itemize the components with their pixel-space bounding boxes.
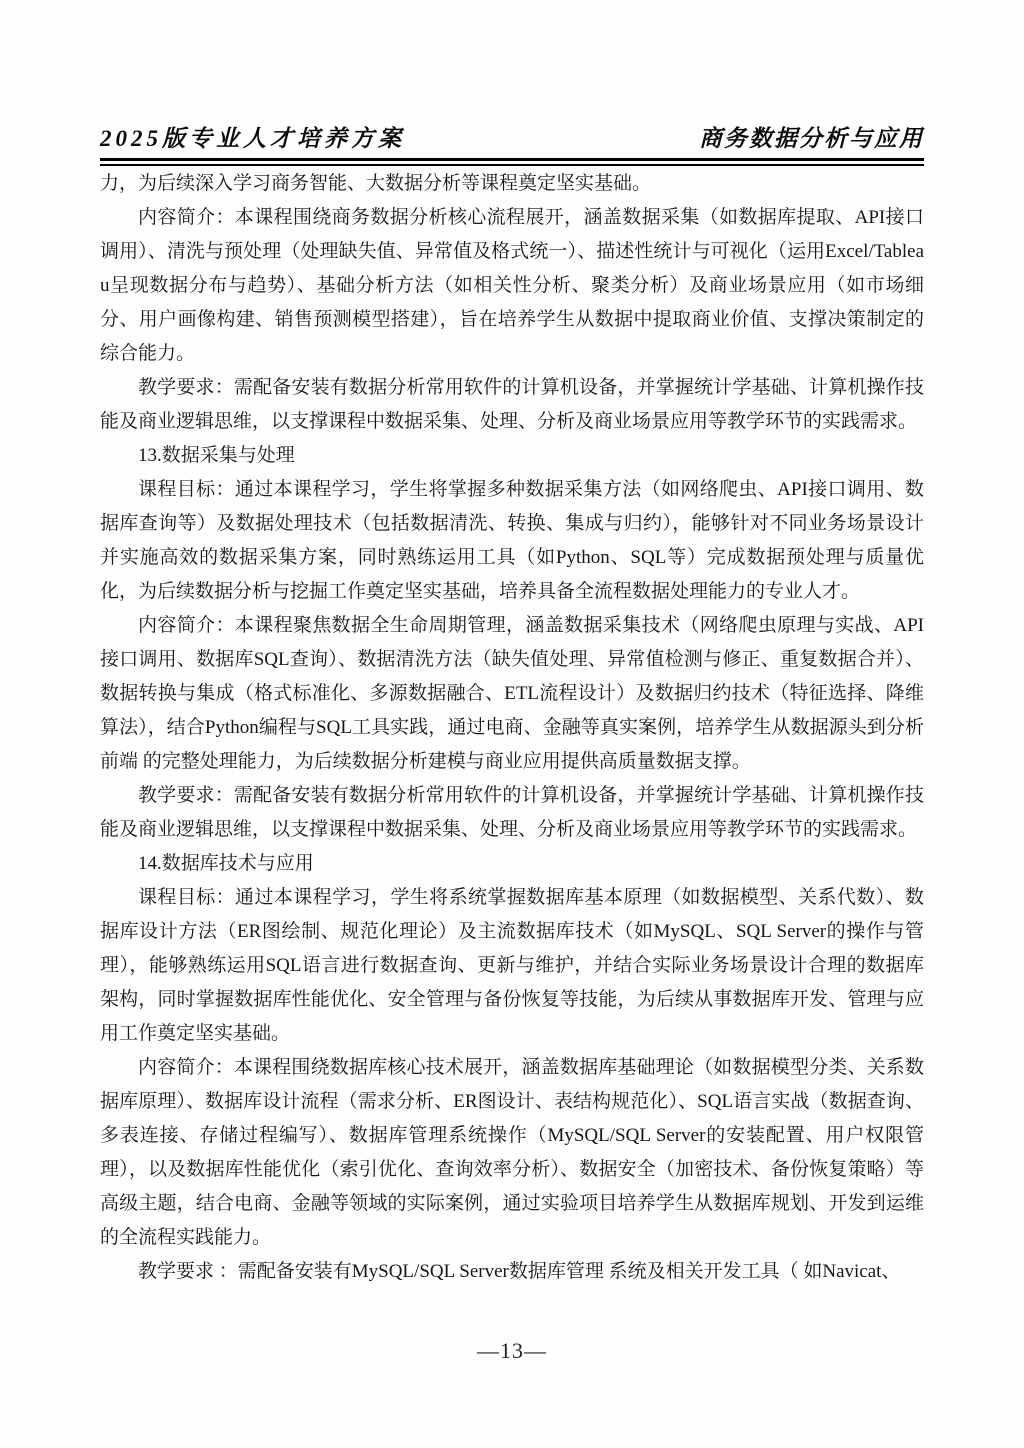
header-divider xyxy=(100,158,924,166)
running-header: 2025版专业人才培养方案 商务数据分析与应用 xyxy=(100,120,924,166)
paragraph-content-intro: 内容简介：本课程围绕数据库核心技术展开，涵盖数据库基础理论（如数据模型分类、关系… xyxy=(100,1051,924,1255)
section-heading-14: 14.数据库技术与应用 xyxy=(100,847,924,881)
paragraph-content-intro: 内容简介：本课程围绕商务数据分析核心流程展开，涵盖数据采集（如数据库提取、API… xyxy=(100,201,924,371)
paragraph-content-intro: 内容简介：本课程聚焦数据全生命周期管理，涵盖数据采集技术（网络爬虫原理与实战、A… xyxy=(100,609,924,779)
header-right-title: 商务数据分析与应用 xyxy=(699,120,924,153)
page-footer: —13— xyxy=(0,1338,1024,1364)
paragraph-continuation: 力，为后续深入学习商务智能、大数据分析等课程奠定坚实基础。 xyxy=(100,167,924,201)
document-body: 力，为后续深入学习商务智能、大数据分析等课程奠定坚实基础。 内容简介：本课程围绕… xyxy=(100,167,924,1289)
page-number: —13— xyxy=(477,1338,547,1363)
paragraph-teaching-requirement: 教学要求 ：需配备安装有MySQL/SQL Server数据库管理 系统及相关开… xyxy=(100,1255,924,1289)
section-heading-13: 13.数据采集与处理 xyxy=(100,439,924,473)
paragraph-course-goal: 课程目标：通过本课程学习，学生将系统掌握数据库基本原理（如数据模型、关系代数）、… xyxy=(100,881,924,1051)
paragraph-teaching-requirement: 教学要求：需配备安装有数据分析常用软件的计算机设备，并掌握统计学基础、计算机操作… xyxy=(100,371,924,439)
header-left-title: 2025版专业人才培养方案 xyxy=(100,120,405,153)
paragraph-course-goal: 课程目标：通过本课程学习，学生将掌握多种数据采集方法（如网络爬虫、API接口调用… xyxy=(100,473,924,609)
paragraph-teaching-requirement: 教学要求：需配备安装有数据分析常用软件的计算机设备，并掌握统计学基础、计算机操作… xyxy=(100,779,924,847)
document-page: 2025版专业人才培养方案 商务数据分析与应用 力，为后续深入学习商务智能、大数… xyxy=(0,0,1024,1448)
